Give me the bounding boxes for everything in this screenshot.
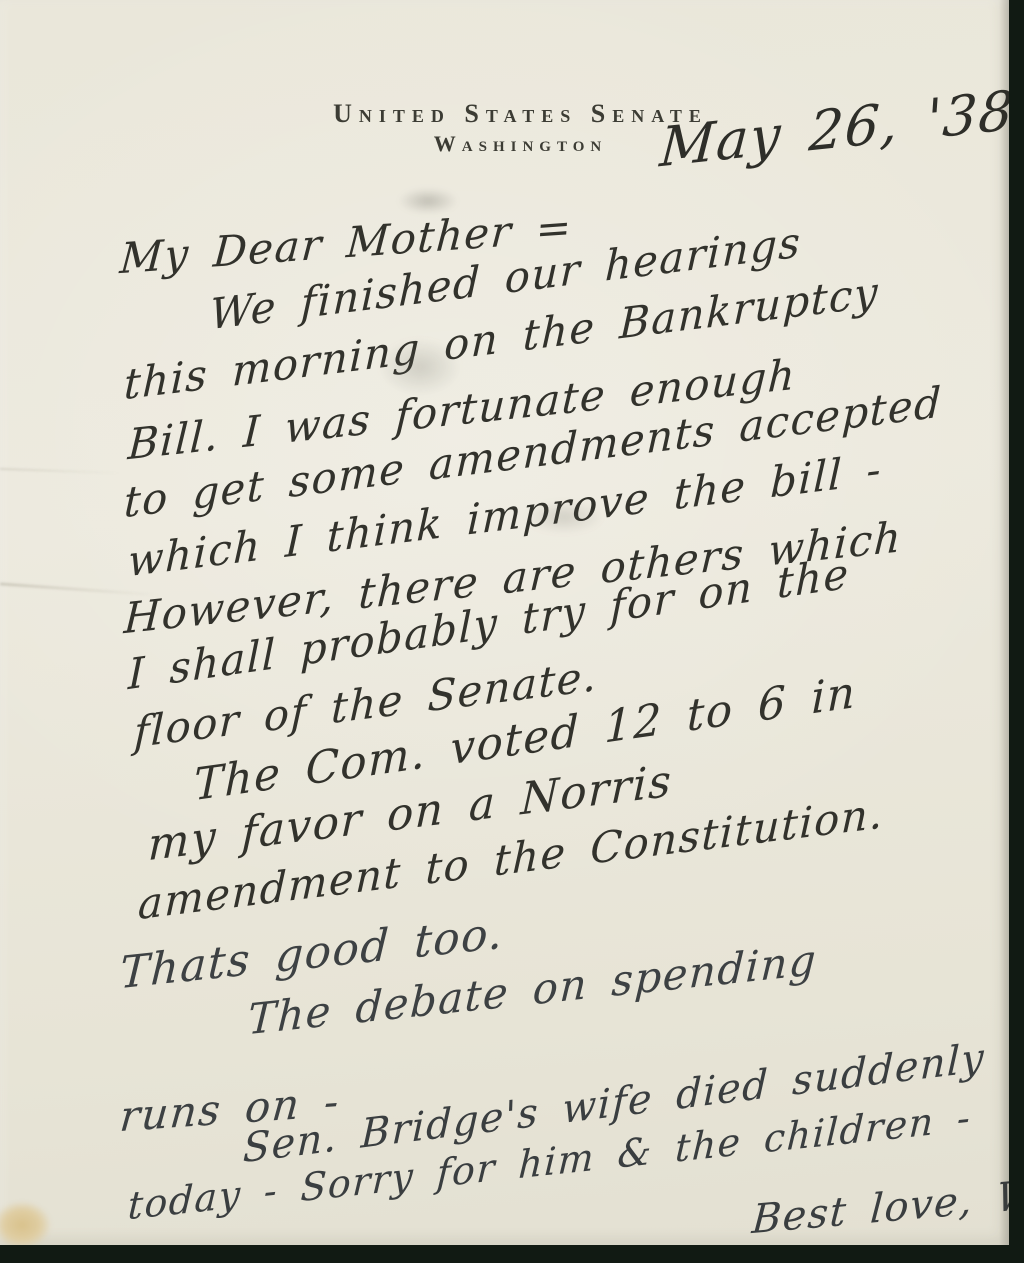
scan-background: United States Senate Washington May 26, … (0, 0, 1024, 1263)
paper-stain (0, 1202, 50, 1245)
letter-page: United States Senate Washington May 26, … (0, 0, 1009, 1245)
paper-crease (0, 468, 120, 474)
letter-date: May 26, '38, (658, 76, 1009, 179)
letter-signature: Best love, Warren (750, 1162, 1009, 1244)
paper-edge-shadow (999, 0, 1009, 1245)
